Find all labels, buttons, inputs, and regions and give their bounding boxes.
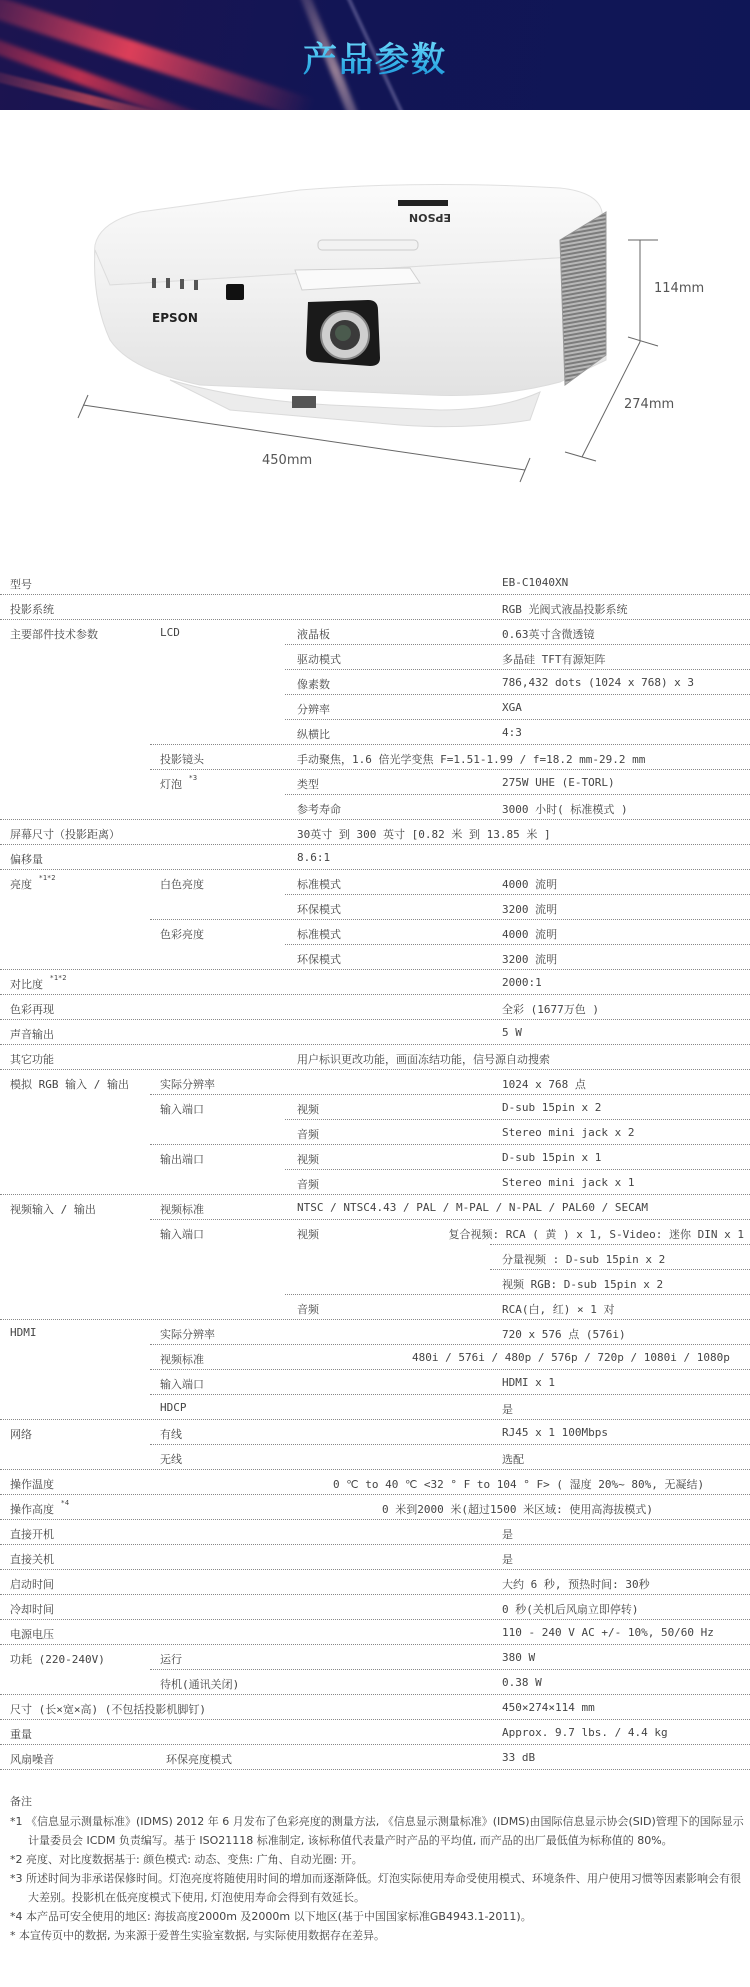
spec-row: 输出端口视频D-sub 15pin x 1 bbox=[0, 1145, 750, 1170]
spec-cell-c4: Approx. 9.7 lbs. / 4.4 kg bbox=[502, 1726, 668, 1739]
spec-text: 对比度 bbox=[10, 978, 43, 991]
spec-cell-c1: 投影系统 bbox=[10, 601, 54, 617]
spec-cell-c3: 像素数 bbox=[297, 676, 330, 692]
dimension-length-label: 450mm bbox=[262, 453, 312, 468]
spec-text: 操作温度 bbox=[10, 1478, 54, 1491]
spec-text: 手动聚焦，1.6 倍光学变焦 F=1.51-1.99 / f=18.2 mm-2… bbox=[297, 753, 645, 766]
spec-text: 4000 流明 bbox=[502, 928, 557, 941]
spec-row: 冷却时间0 秒(关机后风扇立即停转) bbox=[0, 1595, 750, 1620]
spec-cell-c1: 启动时间 bbox=[10, 1576, 54, 1592]
spec-cell-c2: 输入端口 bbox=[160, 1376, 204, 1392]
note-item: *1 《信息显示测量标准》(IDMS) 2012 年 6 月发布了色彩亮度的测量… bbox=[10, 1812, 745, 1850]
dimension-depth-label: 274mm bbox=[624, 397, 674, 412]
spec-cell-c4: 4000 流明 bbox=[502, 926, 557, 942]
spec-text: 参考寿命 bbox=[297, 803, 341, 816]
spec-row: 风扇噪音环保亮度模式33 dB bbox=[0, 1745, 750, 1770]
spec-cell-c2: 有线 bbox=[160, 1426, 182, 1442]
spec-text: 输出端口 bbox=[160, 1153, 204, 1166]
spec-cell-c2: 实际分辨率 bbox=[160, 1076, 215, 1092]
projector-illustration: EPSON EPSON bbox=[0, 110, 750, 550]
spec-cell-c2: 色彩亮度 bbox=[160, 926, 204, 942]
spec-cell-c3: 视频 bbox=[297, 1226, 319, 1242]
spec-text: 实际分辨率 bbox=[160, 1328, 215, 1341]
spec-cell-c4m: 480i / 576i / 480p / 576p / 720p / 1080i… bbox=[412, 1351, 730, 1364]
spec-text: RCA(白, 红) × 1 对 bbox=[502, 1303, 614, 1316]
spec-cell-c3: 环保模式 bbox=[297, 901, 341, 917]
product-image: EPSON EPSON 450mm 114mm bbox=[0, 110, 750, 550]
spec-cell-c2: 灯泡 *3 bbox=[160, 776, 197, 792]
footnote-marker: *4 bbox=[61, 1499, 69, 1507]
spec-text: 环保亮度模式 bbox=[166, 1753, 232, 1766]
spec-cell-c2: LCD bbox=[160, 626, 180, 639]
spec-text: 环保模式 bbox=[297, 903, 341, 916]
spec-cell-c4: 3200 流明 bbox=[502, 901, 557, 917]
spec-row: 环保模式3200 流明 bbox=[0, 895, 750, 920]
spec-cell-c1: 尺寸 (长×宽×高) (不包括投影机脚钉) bbox=[10, 1701, 206, 1717]
note-item: *3 所述时间为非承诺保修时间。灯泡亮度将随使用时间的增加而逐渐降低。灯泡实际使… bbox=[10, 1869, 745, 1907]
spec-text: 亮度 bbox=[10, 878, 32, 891]
spec-row: 灯泡 *3类型275W UHE (E-TORL) bbox=[0, 770, 750, 795]
spec-text: 有线 bbox=[160, 1428, 182, 1441]
spec-text: RGB 光阀式液晶投影系统 bbox=[502, 603, 628, 616]
spec-text: 冷却时间 bbox=[10, 1603, 54, 1616]
spec-row: 输入端口视频D-sub 15pin x 2 bbox=[0, 1095, 750, 1120]
spec-cell-c3: NTSC / NTSC4.43 / PAL / M-PAL / N-PAL / … bbox=[297, 1201, 648, 1214]
spec-cell-c2: 输入端口 bbox=[160, 1101, 204, 1117]
spec-row: 输入端口视频复合视频: RCA ( 黄 ) x 1, S-Video: 迷你 D… bbox=[0, 1220, 750, 1245]
spec-cell-c4: RJ45 x 1 100Mbps bbox=[502, 1426, 608, 1439]
spec-cell-c1: 屏幕尺寸（投影距离） bbox=[10, 826, 120, 842]
spec-row: 像素数786,432 dots (1024 x 768) x 3 bbox=[0, 670, 750, 695]
spec-text: 0.63英寸含微透镜 bbox=[502, 628, 595, 641]
spec-text: 输入端口 bbox=[160, 1378, 204, 1391]
spec-cell-c1: HDMI bbox=[10, 1326, 37, 1339]
spec-text: 操作高度 bbox=[10, 1503, 54, 1516]
front-brand-logo: EPSON bbox=[152, 311, 198, 325]
spec-text: 类型 bbox=[297, 778, 319, 791]
spec-text: 380 W bbox=[502, 1651, 535, 1664]
spec-cell-c4: 380 W bbox=[502, 1651, 535, 1664]
spec-text: 4000 流明 bbox=[502, 878, 557, 891]
spec-row: 视频输入 / 输出视频标准NTSC / NTSC4.43 / PAL / M-P… bbox=[0, 1195, 750, 1220]
spec-text: 输入端口 bbox=[160, 1228, 204, 1241]
spec-cell-c3: 音频 bbox=[297, 1301, 319, 1317]
spec-cell-c1: 偏移量 bbox=[10, 851, 43, 867]
spec-text: 重量 bbox=[10, 1728, 32, 1741]
spec-cell-c3: 驱动模式 bbox=[297, 651, 341, 667]
spec-cell-c3: 手动聚焦，1.6 倍光学变焦 F=1.51-1.99 / f=18.2 mm-2… bbox=[297, 751, 645, 767]
spec-cell-c3: 纵横比 bbox=[297, 726, 330, 742]
spec-row: 型号EB-C1040XN bbox=[0, 570, 750, 595]
spec-text: 1024 x 768 点 bbox=[502, 1078, 586, 1091]
spec-cell-c1: 电源电压 bbox=[10, 1626, 54, 1642]
spec-text: 视频 bbox=[297, 1153, 319, 1166]
spec-text: HDMI x 1 bbox=[502, 1376, 555, 1389]
spec-cell-c3: 分辨率 bbox=[297, 701, 330, 717]
spec-text: 用户标识更改功能，画面冻结功能，信号源自动搜索 bbox=[297, 1053, 550, 1066]
spec-text: 视频输入 / 输出 bbox=[10, 1203, 96, 1216]
spec-text: 0 秒(关机后风扇立即停转) bbox=[502, 1603, 639, 1616]
spec-cell-c4: 110 - 240 V AC +/- 10%, 50/60 Hz bbox=[502, 1626, 714, 1639]
spec-cell-c1: 功耗 (220-240V) bbox=[10, 1651, 105, 1667]
spec-cell-c4: 0.63英寸含微透镜 bbox=[502, 626, 595, 642]
spec-row: 投影镜头手动聚焦，1.6 倍光学变焦 F=1.51-1.99 / f=18.2 … bbox=[0, 745, 750, 770]
spec-cell-c1: 亮度 *1*2 bbox=[10, 876, 55, 892]
spec-cell-c4: 3200 流明 bbox=[502, 951, 557, 967]
spec-table: 型号EB-C1040XN投影系统RGB 光阀式液晶投影系统主要部件技术参数LCD… bbox=[0, 570, 750, 1770]
spec-row: 直接开机是 bbox=[0, 1520, 750, 1545]
spec-cell-c2: 运行 bbox=[160, 1651, 182, 1667]
spec-row: 屏幕尺寸（投影距离）30英寸 到 300 英寸 [0.82 米 到 13.85 … bbox=[0, 820, 750, 845]
spec-cell-c4: 275W UHE (E-TORL) bbox=[502, 776, 615, 789]
spec-text: EB-C1040XN bbox=[502, 576, 568, 589]
spec-cell-c1: 操作温度 bbox=[10, 1476, 54, 1492]
spec-cell-c2: HDCP bbox=[160, 1401, 187, 1414]
page-title: 产品参数 bbox=[0, 32, 750, 81]
spec-text: 输入端口 bbox=[160, 1103, 204, 1116]
spec-cell-c1: 直接开机 bbox=[10, 1526, 54, 1542]
spec-row: 色彩再现全彩 (1677万色 ) bbox=[0, 995, 750, 1020]
spec-cell-c3: 环保模式 bbox=[297, 951, 341, 967]
spec-text: 型号 bbox=[10, 578, 32, 591]
spec-text: 全彩 (1677万色 ) bbox=[502, 1003, 599, 1016]
spec-cell-c3: 用户标识更改功能，画面冻结功能，信号源自动搜索 bbox=[297, 1051, 550, 1067]
spec-text: D-sub 15pin x 1 bbox=[502, 1151, 601, 1164]
spec-cell-c4m: 0 米到2000 米(超过1500 米区域: 使用高海拔模式) bbox=[382, 1501, 653, 1517]
spec-text: 屏幕尺寸（投影距离） bbox=[10, 828, 120, 841]
header-banner: 产品参数 bbox=[0, 0, 750, 110]
spec-cell-c4: 0 秒(关机后风扇立即停转) bbox=[502, 1601, 639, 1617]
spec-text: 灯泡 bbox=[160, 778, 182, 791]
spec-cell-c2: 视频标准 bbox=[160, 1201, 204, 1217]
note-item: * 本宣传页中的数据, 为来源于爱普生实验室数据, 与实际使用数据存在差异。 bbox=[10, 1926, 745, 1945]
spec-cell-c4: HDMI x 1 bbox=[502, 1376, 555, 1389]
spec-row: 音频Stereo mini jack x 2 bbox=[0, 1120, 750, 1145]
spec-text: 偏移量 bbox=[10, 853, 43, 866]
spec-text: 110 - 240 V AC +/- 10%, 50/60 Hz bbox=[502, 1626, 714, 1639]
spec-text: 音频 bbox=[297, 1303, 319, 1316]
spec-cell-c4: 786,432 dots (1024 x 768) x 3 bbox=[502, 676, 694, 689]
spec-cell-c1: 重量 bbox=[10, 1726, 32, 1742]
spec-cell-c4: Stereo mini jack x 2 bbox=[502, 1126, 634, 1139]
spec-cell-c1: 操作高度 *4 bbox=[10, 1501, 69, 1517]
spec-cell-c2: 环保亮度模式 bbox=[166, 1751, 232, 1767]
spec-text: 视频 RGB: D-sub 15pin x 2 bbox=[502, 1278, 663, 1291]
spec-text: 待机(通讯关闭) bbox=[160, 1678, 239, 1691]
spec-text: 风扇噪音 bbox=[10, 1753, 54, 1766]
spec-cell-c4: 多晶硅 TFT有源矩阵 bbox=[502, 651, 606, 667]
spec-text: Stereo mini jack x 2 bbox=[502, 1126, 634, 1139]
spec-text: 启动时间 bbox=[10, 1578, 54, 1591]
spec-cell-c3: 类型 bbox=[297, 776, 319, 792]
spec-cell-c1: 对比度 *1*2 bbox=[10, 976, 66, 992]
spec-cell-c1: 风扇噪音 bbox=[10, 1751, 54, 1767]
spec-row: 主要部件技术参数LCD液晶板0.63英寸含微透镜 bbox=[0, 620, 750, 645]
spec-row: 环保模式3200 流明 bbox=[0, 945, 750, 970]
spec-text: 3000 小时( 标准模式 ) bbox=[502, 803, 628, 816]
spec-text: 是 bbox=[502, 1553, 513, 1566]
spec-row: 其它功能用户标识更改功能，画面冻结功能，信号源自动搜索 bbox=[0, 1045, 750, 1070]
spec-row: 待机(通讯关闭)0.38 W bbox=[0, 1670, 750, 1695]
spec-row: 偏移量8.6:1 bbox=[0, 845, 750, 870]
spec-cell-c1: 网络 bbox=[10, 1426, 32, 1442]
spec-text: LCD bbox=[160, 626, 180, 639]
spec-cell-c1: 冷却时间 bbox=[10, 1601, 54, 1617]
spec-cell-c4r: 复合视频: RCA ( 黄 ) x 1, S-Video: 迷你 DIN x 1 bbox=[448, 1226, 744, 1242]
spec-cell-c3: 标准模式 bbox=[297, 876, 341, 892]
spec-row: 尺寸 (长×宽×高) (不包括投影机脚钉)450×274×114 mm bbox=[0, 1695, 750, 1720]
spec-cell-c3: 8.6:1 bbox=[297, 851, 330, 864]
spec-text: 网络 bbox=[10, 1428, 32, 1441]
spec-row: 亮度 *1*2白色亮度标准模式4000 流明 bbox=[0, 870, 750, 895]
spec-text: RJ45 x 1 100Mbps bbox=[502, 1426, 608, 1439]
footnote-marker: *3 bbox=[189, 774, 197, 782]
spec-text: 环保模式 bbox=[297, 953, 341, 966]
spec-text: 720 x 576 点 (576i) bbox=[502, 1328, 626, 1341]
row-divider bbox=[0, 1769, 750, 1770]
spec-text: 直接开机 bbox=[10, 1528, 54, 1541]
spec-text: 驱动模式 bbox=[297, 653, 341, 666]
spec-row: 投影系统RGB 光阀式液晶投影系统 bbox=[0, 595, 750, 620]
spec-cell-c2: 白色亮度 bbox=[160, 876, 204, 892]
spec-row: 对比度 *1*22000:1 bbox=[0, 970, 750, 995]
spec-row: 输入端口HDMI x 1 bbox=[0, 1370, 750, 1395]
spec-cell-c2: 输入端口 bbox=[160, 1226, 204, 1242]
spec-text: 786,432 dots (1024 x 768) x 3 bbox=[502, 676, 694, 689]
spec-row: 网络有线RJ45 x 1 100Mbps bbox=[0, 1420, 750, 1445]
spec-row: 声音输出5 W bbox=[0, 1020, 750, 1045]
spec-cell-c3: 音频 bbox=[297, 1126, 319, 1142]
spec-cell-c1: 模拟 RGB 输入 / 输出 bbox=[10, 1076, 129, 1092]
spec-cell-c3: 30英寸 到 300 英寸 [0.82 米 到 13.85 米 ] bbox=[297, 826, 551, 842]
spec-cell-c4: 0.38 W bbox=[502, 1676, 542, 1689]
spec-row: 色彩亮度标准模式4000 流明 bbox=[0, 920, 750, 945]
spec-row: 音频Stereo mini jack x 1 bbox=[0, 1170, 750, 1195]
spec-text: HDCP bbox=[160, 1401, 187, 1414]
spec-row: 分量视频 : D-sub 15pin x 2 bbox=[0, 1245, 750, 1270]
note-item: *4 本产品可安全使用的地区: 海拔高度2000m 及2000m 以下地区(基于… bbox=[10, 1907, 745, 1926]
spec-cell-c2: 待机(通讯关闭) bbox=[160, 1676, 239, 1692]
spec-cell-c1: 型号 bbox=[10, 576, 32, 592]
spec-cell-c4: Stereo mini jack x 1 bbox=[502, 1176, 634, 1189]
spec-text: 选配 bbox=[502, 1453, 524, 1466]
footnote-marker: *1*2 bbox=[50, 974, 67, 982]
spec-text: 运行 bbox=[160, 1653, 182, 1666]
spec-cell-c4: 450×274×114 mm bbox=[502, 1701, 595, 1714]
spec-cell-c4: D-sub 15pin x 1 bbox=[502, 1151, 601, 1164]
spec-text: HDMI bbox=[10, 1326, 37, 1339]
spec-text: 分辨率 bbox=[297, 703, 330, 716]
spec-row: 驱动模式多晶硅 TFT有源矩阵 bbox=[0, 645, 750, 670]
spec-cell-c2: 视频标准 bbox=[160, 1351, 204, 1367]
spec-cell-c1: 其它功能 bbox=[10, 1051, 54, 1067]
notes-section: 备注 *1 《信息显示测量标准》(IDMS) 2012 年 6 月发布了色彩亮度… bbox=[10, 1792, 745, 1945]
spec-cell-c4: 33 dB bbox=[502, 1751, 535, 1764]
spec-row: 电源电压110 - 240 V AC +/- 10%, 50/60 Hz bbox=[0, 1620, 750, 1645]
spec-cell-c4: 视频 RGB: D-sub 15pin x 2 bbox=[502, 1276, 663, 1292]
spec-text: NTSC / NTSC4.43 / PAL / M-PAL / N-PAL / … bbox=[297, 1201, 648, 1214]
spec-cell-c1: 视频输入 / 输出 bbox=[10, 1201, 96, 1217]
spec-cell-c1: 直接关机 bbox=[10, 1551, 54, 1567]
spec-text: 其它功能 bbox=[10, 1053, 54, 1066]
spec-row: 分辨率XGA bbox=[0, 695, 750, 720]
spec-row: 功耗 (220-240V)运行380 W bbox=[0, 1645, 750, 1670]
note-item: *2 亮度、对比度数据基于: 颜色模式: 动态、变焦: 广角、自动光圈: 开。 bbox=[10, 1850, 745, 1869]
spec-text: 2000:1 bbox=[502, 976, 542, 989]
spec-text: 尺寸 (长×宽×高) (不包括投影机脚钉) bbox=[10, 1703, 206, 1716]
spec-text: 色彩亮度 bbox=[160, 928, 204, 941]
spec-cell-c4m: 0 ℃ to 40 ℃ <32 ° F to 104 ° F> ( 湿度 20%… bbox=[333, 1476, 704, 1492]
spec-cell-c4: 5 W bbox=[502, 1026, 522, 1039]
spec-text: 分量视频 : D-sub 15pin x 2 bbox=[502, 1253, 665, 1266]
spec-cell-c4: 720 x 576 点 (576i) bbox=[502, 1326, 626, 1342]
spec-cell-c4: 选配 bbox=[502, 1451, 524, 1467]
spec-row: 视频 RGB: D-sub 15pin x 2 bbox=[0, 1270, 750, 1295]
spec-text: 标准模式 bbox=[297, 928, 341, 941]
spec-row: 音频RCA(白, 红) × 1 对 bbox=[0, 1295, 750, 1320]
spec-cell-c4: D-sub 15pin x 2 bbox=[502, 1101, 601, 1114]
spec-cell-c3: 液晶板 bbox=[297, 626, 330, 642]
spec-row: HDMI实际分辨率720 x 576 点 (576i) bbox=[0, 1320, 750, 1345]
spec-text: 纵横比 bbox=[297, 728, 330, 741]
spec-cell-c2: 无线 bbox=[160, 1451, 182, 1467]
spec-text: 音频 bbox=[297, 1178, 319, 1191]
spec-row: 纵横比4:3 bbox=[0, 720, 750, 745]
spec-text: 声音输出 bbox=[10, 1028, 54, 1041]
spec-text: 8.6:1 bbox=[297, 851, 330, 864]
spec-cell-c3: 参考寿命 bbox=[297, 801, 341, 817]
spec-cell-c3: 音频 bbox=[297, 1176, 319, 1192]
spec-text: 5 W bbox=[502, 1026, 522, 1039]
spec-text: 视频标准 bbox=[160, 1203, 204, 1216]
spec-text: XGA bbox=[502, 701, 522, 714]
spec-text: 4:3 bbox=[502, 726, 522, 739]
spec-text: 电源电压 bbox=[10, 1628, 54, 1641]
spec-cell-c4: 是 bbox=[502, 1401, 513, 1417]
spec-text: 视频 bbox=[297, 1228, 319, 1241]
spec-cell-c1: 声音输出 bbox=[10, 1026, 54, 1042]
spec-cell-c3: 视频 bbox=[297, 1151, 319, 1167]
spec-row: 参考寿命3000 小时( 标准模式 ) bbox=[0, 795, 750, 820]
spec-cell-c4: 1024 x 768 点 bbox=[502, 1076, 586, 1092]
spec-text: 主要部件技术参数 bbox=[10, 628, 98, 641]
spec-text: 大约 6 秒, 预热时间: 30秒 bbox=[502, 1578, 650, 1591]
spec-cell-c4: 分量视频 : D-sub 15pin x 2 bbox=[502, 1251, 665, 1267]
spec-row: 启动时间大约 6 秒, 预热时间: 30秒 bbox=[0, 1570, 750, 1595]
spec-row: 直接关机是 bbox=[0, 1545, 750, 1570]
spec-text: 标准模式 bbox=[297, 878, 341, 891]
spec-row: 操作温度0 ℃ to 40 ℃ <32 ° F to 104 ° F> ( 湿度… bbox=[0, 1470, 750, 1495]
spec-row: 视频标准480i / 576i / 480p / 576p / 720p / 1… bbox=[0, 1345, 750, 1370]
spec-cell-c1: 主要部件技术参数 bbox=[10, 626, 98, 642]
spec-row: 重量Approx. 9.7 lbs. / 4.4 kg bbox=[0, 1720, 750, 1745]
spec-text: 是 bbox=[502, 1403, 513, 1416]
spec-text: 视频标准 bbox=[160, 1353, 204, 1366]
spec-cell-c3: 视频 bbox=[297, 1101, 319, 1117]
spec-text: 白色亮度 bbox=[160, 878, 204, 891]
spec-cell-c4: 4000 流明 bbox=[502, 876, 557, 892]
spec-text: 投影镜头 bbox=[160, 753, 204, 766]
spec-text: 像素数 bbox=[297, 678, 330, 691]
top-brand-logo: EPSON bbox=[409, 211, 451, 224]
spec-text: 实际分辨率 bbox=[160, 1078, 215, 1091]
spec-text: 3200 流明 bbox=[502, 903, 557, 916]
spec-cell-c4: XGA bbox=[502, 701, 522, 714]
dimension-height-label: 114mm bbox=[654, 281, 704, 296]
spec-cell-c4: 3000 小时( 标准模式 ) bbox=[502, 801, 628, 817]
spec-text: 0.38 W bbox=[502, 1676, 542, 1689]
spec-cell-c4: 是 bbox=[502, 1526, 513, 1542]
spec-text: 功耗 (220-240V) bbox=[10, 1653, 105, 1666]
spec-text: 30英寸 到 300 英寸 [0.82 米 到 13.85 米 ] bbox=[297, 828, 551, 841]
spec-text: 33 dB bbox=[502, 1751, 535, 1764]
spec-cell-c4: EB-C1040XN bbox=[502, 576, 568, 589]
spec-cell-c4: 2000:1 bbox=[502, 976, 542, 989]
spec-cell-c4: 是 bbox=[502, 1551, 513, 1567]
spec-text: 是 bbox=[502, 1528, 513, 1541]
spec-cell-c1: 色彩再现 bbox=[10, 1001, 54, 1017]
spec-cell-c4: RCA(白, 红) × 1 对 bbox=[502, 1301, 614, 1317]
spec-text: 3200 流明 bbox=[502, 953, 557, 966]
spec-text: 模拟 RGB 输入 / 输出 bbox=[10, 1078, 129, 1091]
spec-row: 操作高度 *40 米到2000 米(超过1500 米区域: 使用高海拔模式) bbox=[0, 1495, 750, 1520]
spec-text: 色彩再现 bbox=[10, 1003, 54, 1016]
spec-cell-c4: 大约 6 秒, 预热时间: 30秒 bbox=[502, 1576, 650, 1592]
spec-row: 无线选配 bbox=[0, 1445, 750, 1470]
spec-text: D-sub 15pin x 2 bbox=[502, 1101, 601, 1114]
spec-row: HDCP是 bbox=[0, 1395, 750, 1420]
spec-text: 液晶板 bbox=[297, 628, 330, 641]
spec-cell-c3: 标准模式 bbox=[297, 926, 341, 942]
spec-text: 450×274×114 mm bbox=[502, 1701, 595, 1714]
spec-text: Stereo mini jack x 1 bbox=[502, 1176, 634, 1189]
notes-title: 备注 bbox=[10, 1792, 745, 1811]
spec-cell-c2: 实际分辨率 bbox=[160, 1326, 215, 1342]
spec-cell-c4: 4:3 bbox=[502, 726, 522, 739]
spec-row: 模拟 RGB 输入 / 输出实际分辨率1024 x 768 点 bbox=[0, 1070, 750, 1095]
spec-text: 直接关机 bbox=[10, 1553, 54, 1566]
spec-text: 多晶硅 TFT有源矩阵 bbox=[502, 653, 606, 666]
spec-cell-c4: 全彩 (1677万色 ) bbox=[502, 1001, 599, 1017]
spec-cell-c4: RGB 光阀式液晶投影系统 bbox=[502, 601, 628, 617]
spec-text: 无线 bbox=[160, 1453, 182, 1466]
footnote-marker: *1*2 bbox=[39, 874, 56, 882]
spec-cell-c2: 投影镜头 bbox=[160, 751, 204, 767]
spec-text: 音频 bbox=[297, 1128, 319, 1141]
spec-cell-c2: 输出端口 bbox=[160, 1151, 204, 1167]
spec-text: Approx. 9.7 lbs. / 4.4 kg bbox=[502, 1726, 668, 1739]
spec-text: 视频 bbox=[297, 1103, 319, 1116]
spec-text: 275W UHE (E-TORL) bbox=[502, 776, 615, 789]
spec-text: 投影系统 bbox=[10, 603, 54, 616]
